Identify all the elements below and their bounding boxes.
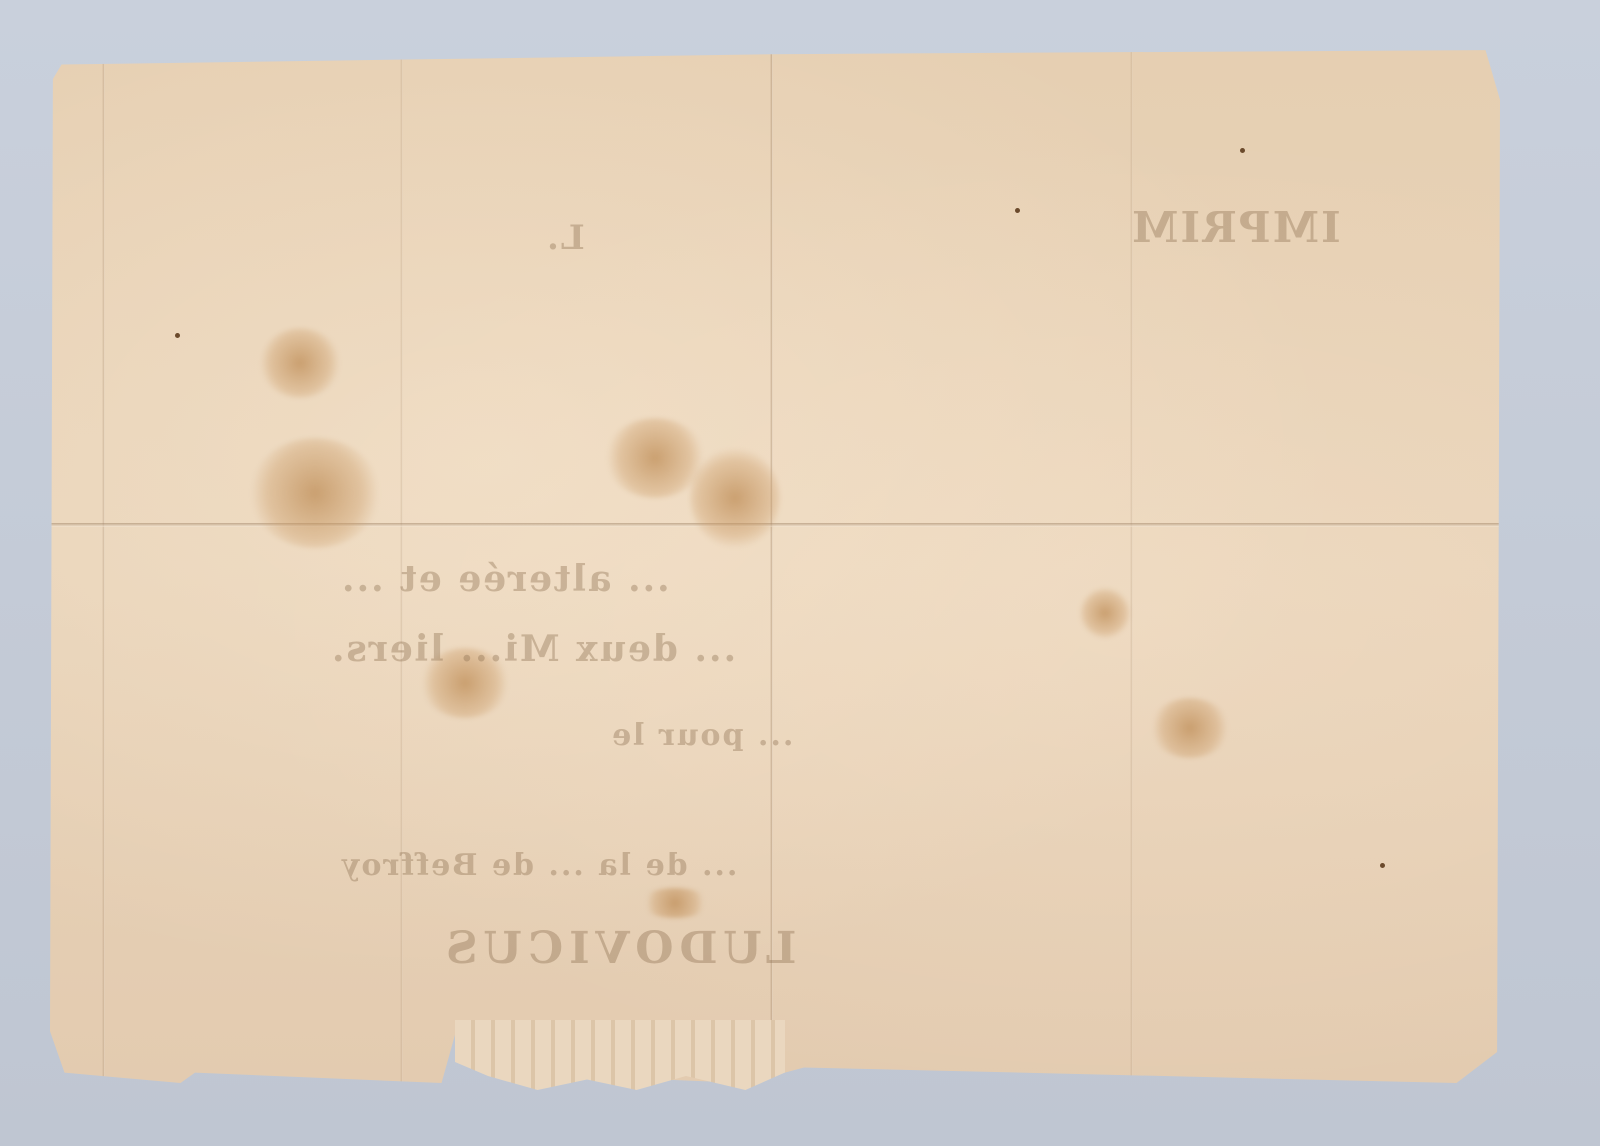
stain: [690, 448, 780, 548]
stain: [1080, 588, 1130, 638]
ghost-text-signature: LUDOVICUS: [440, 923, 797, 974]
stain: [605, 418, 705, 498]
ink-speck: [175, 333, 180, 338]
ghost-text-line-3: ... pour le: [610, 718, 793, 753]
stain: [1150, 698, 1230, 758]
ghost-text-line-2: ... deux Mi... liers.: [330, 628, 736, 670]
ghost-text-top-center: L.: [545, 218, 585, 258]
stain: [260, 328, 340, 398]
ink-speck: [1380, 863, 1385, 868]
stain: [250, 438, 380, 548]
ghost-text-top-right: IMPRIM: [1130, 203, 1341, 252]
torn-paper-flap: [455, 1020, 785, 1090]
stain: [640, 888, 710, 918]
ink-speck: [1015, 208, 1020, 213]
ghost-text-line-4: ... de la ... de Beffroy: [340, 848, 737, 883]
ghost-text-line-1: ... alterée et ...: [340, 558, 670, 600]
left-edge-crease: [102, 48, 105, 1083]
ink-speck: [1240, 148, 1245, 153]
aged-paper-document: L. IMPRIM ... alterée et ... ... deux Mi…: [50, 48, 1500, 1083]
